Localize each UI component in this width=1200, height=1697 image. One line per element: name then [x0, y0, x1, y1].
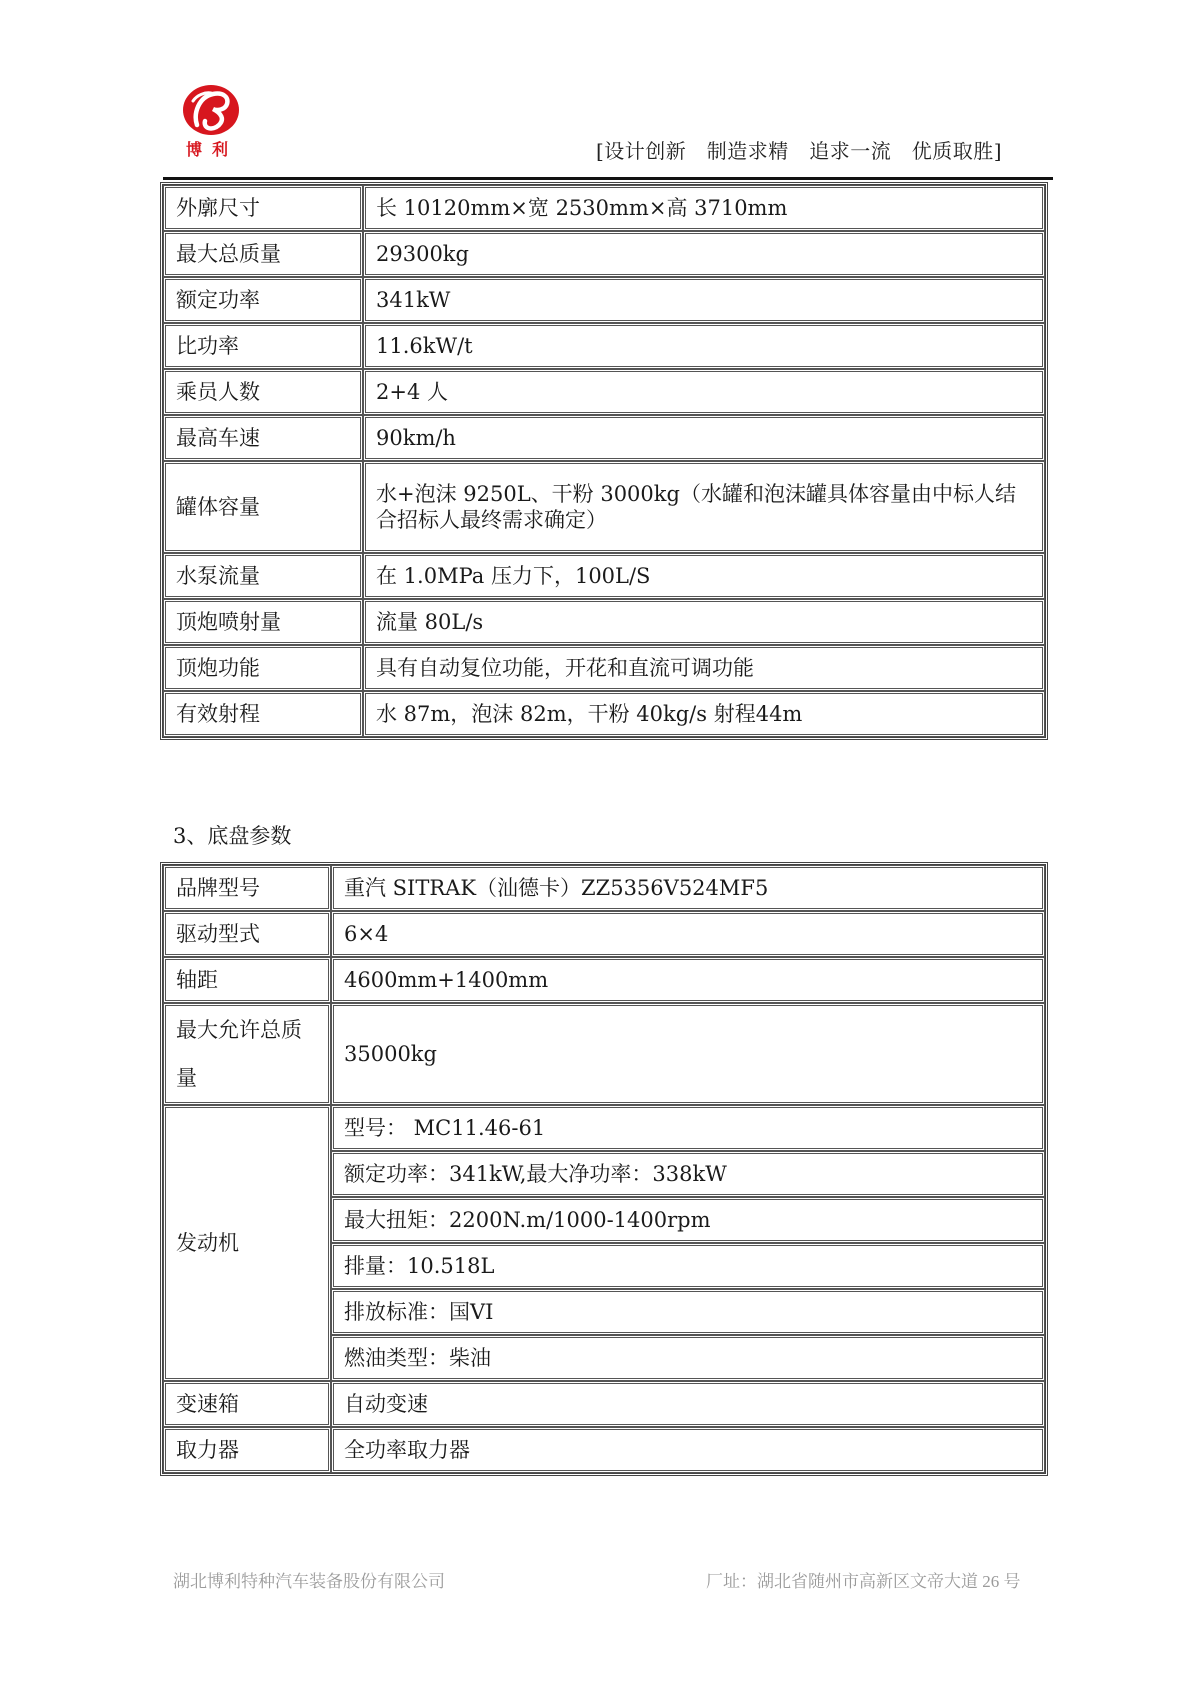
row-value: 长 10120mm×宽 2530mm×高 3710mm [363, 185, 1045, 231]
row-value: 35000kg [331, 1003, 1045, 1105]
row-value: 6×4 [331, 911, 1045, 957]
table-row: 罐体容量 水+泡沫 9250L、干粉 3000kg（水罐和泡沫罐具体容量由中标人… [163, 461, 1045, 553]
company-logo: 博利 [181, 85, 243, 155]
row-value: 水 87m，泡沫 82m，干粉 40kg/s 射程44m [363, 691, 1045, 737]
table-row: 顶炮功能 具有自动复位功能，开花和直流可调功能 [163, 645, 1045, 691]
row-value: 11.6kW/t [363, 323, 1045, 369]
row-label: 最高车速 [163, 415, 363, 461]
page-header: 博利 [设计创新 制造求精 追求一流 优质取胜] [0, 0, 1200, 176]
row-value: 341kW [363, 277, 1045, 323]
row-value: 在 1.0MPa 压力下，100L/S [363, 553, 1045, 599]
row-value: 具有自动复位功能，开花和直流可调功能 [363, 645, 1045, 691]
engine-spec-item: 排放标准：国VI [331, 1289, 1045, 1335]
engine-spec-item: 最大扭矩：2200N.m/1000-1400rpm [331, 1197, 1045, 1243]
row-label: 顶炮喷射量 [163, 599, 363, 645]
table-row: 变速箱 自动变速 [163, 1381, 1045, 1427]
row-label: 外廓尺寸 [163, 185, 363, 231]
row-label: 变速箱 [163, 1381, 331, 1427]
row-value: 4600mm+1400mm [331, 957, 1045, 1003]
row-label: 有效射程 [163, 691, 363, 737]
row-value: 重汽 SITRAK（汕德卡）ZZ5356V524MF5 [331, 865, 1045, 911]
section-heading-chassis: 3、底盘参数 [173, 820, 291, 850]
header-divider [163, 177, 1053, 180]
table-row: 比功率 11.6kW/t [163, 323, 1045, 369]
engine-spec-item: 燃油类型：柴油 [331, 1335, 1045, 1381]
row-label: 取力器 [163, 1427, 331, 1473]
row-value: 自动变速 [331, 1381, 1045, 1427]
table-row: 乘员人数 2+4 人 [163, 369, 1045, 415]
table-row: 水泵流量 在 1.0MPa 压力下，100L/S [163, 553, 1045, 599]
row-label: 罐体容量 [163, 461, 363, 553]
row-label: 比功率 [163, 323, 363, 369]
table-row-engine: 发动机 型号： MC11.46-61 [163, 1105, 1045, 1151]
table-row: 有效射程 水 87m，泡沫 82m，干粉 40kg/s 射程44m [163, 691, 1045, 737]
row-label: 轴距 [163, 957, 331, 1003]
table-row: 品牌型号 重汽 SITRAK（汕德卡）ZZ5356V524MF5 [163, 865, 1045, 911]
row-label: 最大总质量 [163, 231, 363, 277]
row-label: 品牌型号 [163, 865, 331, 911]
row-label: 最大允许总质量 [163, 1003, 331, 1105]
table-row: 最高车速 90km/h [163, 415, 1045, 461]
vehicle-spec-table: 外廓尺寸 长 10120mm×宽 2530mm×高 3710mm 最大总质量 2… [160, 182, 1048, 740]
table-row: 最大总质量 29300kg [163, 231, 1045, 277]
table-row: 顶炮喷射量 流量 80L/s [163, 599, 1045, 645]
row-value: 2+4 人 [363, 369, 1045, 415]
engine-spec-item: 排量：10.518L [331, 1243, 1045, 1289]
engine-spec-item: 型号： MC11.46-61 [331, 1105, 1045, 1151]
row-value: 29300kg [363, 231, 1045, 277]
table-row: 轴距 4600mm+1400mm [163, 957, 1045, 1003]
row-value: 全功率取力器 [331, 1427, 1045, 1473]
row-value: 90km/h [363, 415, 1045, 461]
row-label: 水泵流量 [163, 553, 363, 599]
table-row: 最大允许总质量 35000kg [163, 1003, 1045, 1105]
row-label: 顶炮功能 [163, 645, 363, 691]
row-label: 乘员人数 [163, 369, 363, 415]
page-footer: 湖北博利特种汽车装备股份有限公司 厂址：湖北省随州市高新区文帝大道 26 号 [0, 1560, 1200, 1600]
row-value: 流量 80L/s [363, 599, 1045, 645]
row-value: 水+泡沫 9250L、干粉 3000kg（水罐和泡沫罐具体容量由中标人结合招标人… [363, 461, 1045, 553]
row-label: 额定功率 [163, 277, 363, 323]
footer-company-name: 湖北博利特种汽车装备股份有限公司 [173, 1567, 445, 1592]
footer-address: 厂址：湖北省随州市高新区文帝大道 26 号 [706, 1567, 1021, 1592]
table-row: 外廓尺寸 长 10120mm×宽 2530mm×高 3710mm [163, 185, 1045, 231]
row-label-engine: 发动机 [163, 1105, 331, 1381]
engine-spec-item: 额定功率：341kW,最大净功率：338kW [331, 1151, 1045, 1197]
table-row: 额定功率 341kW [163, 277, 1045, 323]
table-row: 取力器 全功率取力器 [163, 1427, 1045, 1473]
table-row: 驱动型式 6×4 [163, 911, 1045, 957]
logo-text: 博利 [186, 137, 246, 160]
logo-swirl-icon [183, 85, 239, 135]
chassis-spec-table: 品牌型号 重汽 SITRAK（汕德卡）ZZ5356V524MF5 驱动型式 6×… [160, 862, 1048, 1476]
company-slogan: [设计创新 制造求精 追求一流 优质取胜] [596, 135, 1002, 164]
row-label: 驱动型式 [163, 911, 331, 957]
